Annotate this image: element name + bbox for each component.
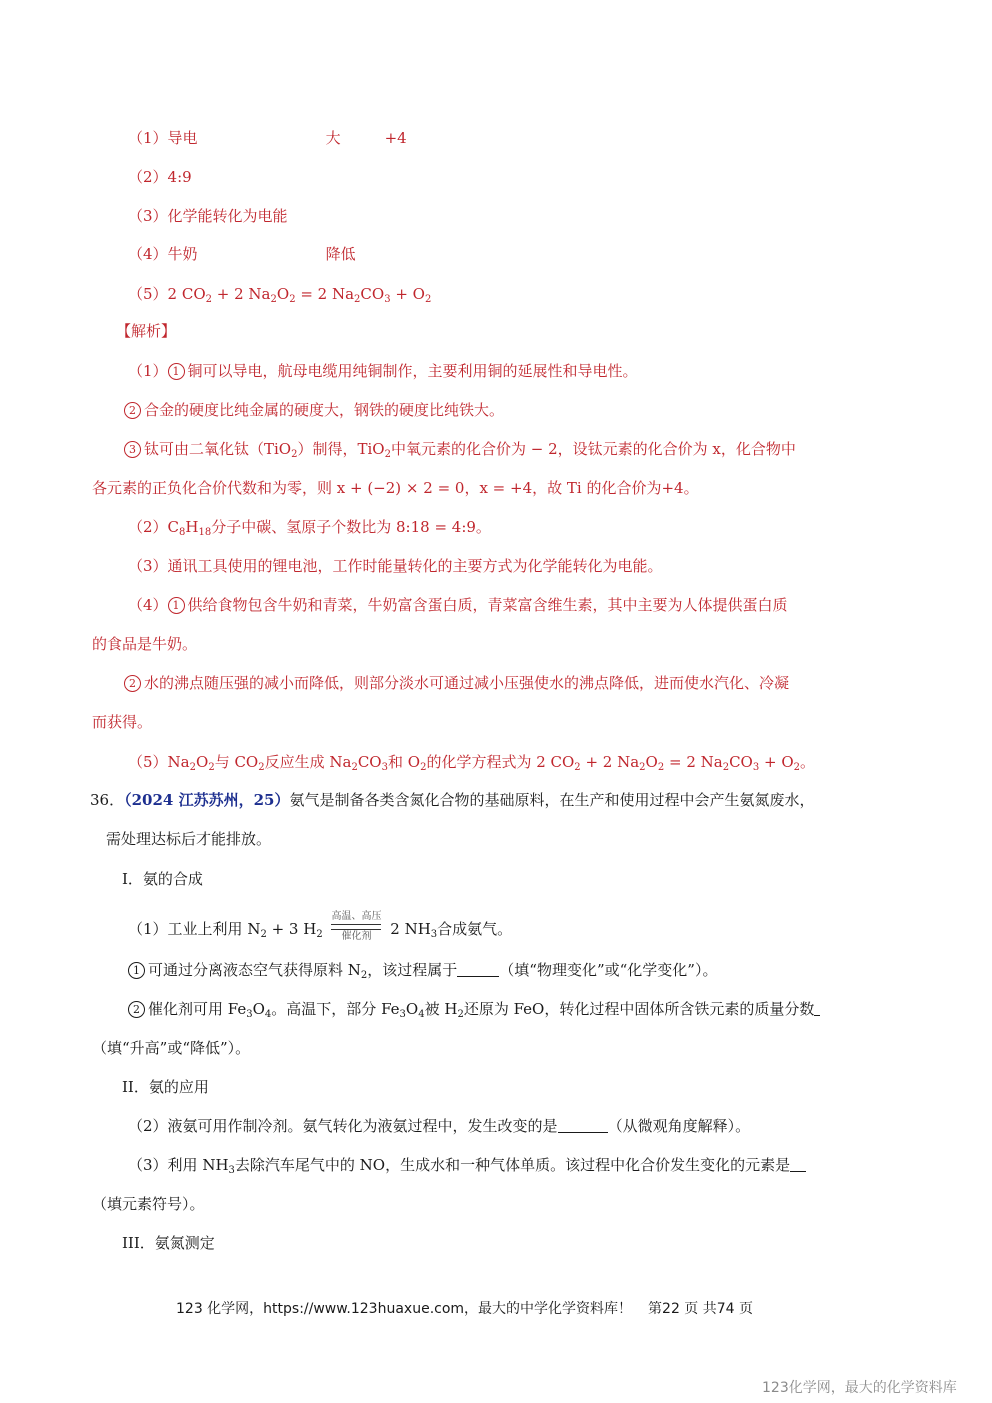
question-text: 液氨可用作制冷剂。氨气转化为液氨过程中，发生改变的是: [168, 1117, 558, 1135]
item-number: （2）: [128, 168, 168, 186]
circled-number: 1: [128, 962, 145, 979]
analysis-3: （3）通讯工具使用的锂电池，工作时能量转化的主要方式为化学能转化为电能。: [128, 556, 663, 576]
answer-3: （3）化学能转化为电能: [128, 206, 288, 226]
analysis-text: H: [185, 518, 198, 536]
equals-sign: [331, 924, 381, 930]
analysis-text: 与 CO: [215, 753, 259, 771]
question-3: （3）利用 NH3去除汽车尾气中的 NO，生成水和一种气体单质。该过程中化合价发…: [128, 1155, 806, 1175]
item-number: （3）: [128, 207, 168, 225]
question-text: 氨气是制备各类含氮化合物的基础原料，在生产和使用过程中会产生氨氮废水，: [289, 791, 814, 809]
circled-number: 1: [168, 597, 185, 614]
analysis-text: CO: [358, 753, 382, 771]
circled-number: 2: [124, 675, 141, 692]
equation-part: 2 CO: [168, 285, 206, 303]
equation-part: O: [277, 285, 289, 303]
question-text: 2 NH: [390, 920, 431, 938]
section-heading-1: I．氨的合成: [122, 869, 203, 889]
item-number: （4）: [128, 245, 168, 263]
analysis-text: Na: [168, 753, 190, 771]
analysis-1-2: 2合金的硬度比纯金属的硬度大，钢铁的硬度比纯铁大。: [124, 400, 504, 420]
answer-2: （2）4:9: [128, 167, 192, 187]
equation-part: + 2 Na: [212, 285, 270, 303]
answer-blank[interactable]: [457, 962, 499, 977]
analysis-text: 中氧元素的化合价为 − 2，设钛元素的化合价为 x，化合物中: [391, 440, 796, 458]
circled-number: 2: [128, 1001, 145, 1018]
footer-site-text: 123 化学网，https://www.123huaxue.com，最大的中学化…: [176, 1301, 632, 1317]
circled-number: 1: [168, 363, 185, 380]
analysis-text: O: [196, 753, 208, 771]
equation-part: + O: [391, 285, 425, 303]
answer-1: （1）导电大+4: [128, 128, 407, 148]
equation-part: CO: [360, 285, 384, 303]
answer-value: 4:9: [168, 168, 192, 186]
question-source: （2024 江苏苏州，25）: [124, 791, 289, 809]
analysis-text: 和 O: [388, 753, 420, 771]
answer-4: （4）牛奶降低: [128, 244, 356, 264]
analysis-text: 水的沸点随压强的减小而降低，则部分淡水可通过减小压强使水的沸点降低，进而使水汽化…: [144, 674, 789, 692]
analysis-text: 通讯工具使用的锂电池，工作时能量转化的主要方式为化学能转化为电能。: [168, 557, 663, 575]
section-heading-2: II．氨的应用: [122, 1077, 209, 1097]
analysis-1-1: （1）1铜可以导电，航母电缆用纯铜制作，主要利用铜的延展性和导电性。: [128, 361, 638, 381]
question-text: 合成氨气。: [437, 920, 512, 938]
reaction-arrow: 高温、高压 催化剂: [331, 911, 381, 943]
item-number: （1）: [128, 129, 168, 147]
analysis-1-3-cont: 各元素的正负化合价代数和为零，则 x + (−2) × 2 = 0，x = +4…: [92, 478, 699, 498]
answer-value: 导电: [168, 129, 198, 147]
analysis-5: （5）Na2O2与 CO2反应生成 Na2CO3和 O2的化学方程式为 2 CO…: [128, 752, 815, 772]
question-text: （从微观角度解释）。: [608, 1117, 751, 1135]
analysis-text: 钛可由二氧化钛（TiO: [144, 440, 291, 458]
page-number: 第22 页 共74 页: [648, 1301, 753, 1317]
subscript: 18: [199, 527, 212, 538]
question-text: 还原为 FeO，转化过程中固体所含铁元素的质量分数: [464, 1000, 815, 1018]
analysis-2: （2）C8H18分子中碳、氢原子个数比为 8:18 = 4:9。: [128, 517, 491, 537]
circled-number: 2: [124, 402, 141, 419]
answer-5: （5）2 CO2 + 2 Na2O2 = 2 Na2CO3 + O2: [128, 284, 431, 304]
question-36-stem-cont: 需处理达标后才能排放。: [106, 829, 271, 849]
answer-blank[interactable]: [790, 1157, 806, 1172]
analysis-1-3: 3钛可由二氧化钛（TiO2）制得，TiO2中氧元素的化合价为 − 2，设钛元素的…: [124, 439, 796, 459]
item-number: （3）: [128, 1156, 168, 1174]
subscript: 2: [425, 294, 431, 305]
answer-value: 降低: [326, 245, 356, 263]
analysis-text: = 2 Na: [664, 753, 722, 771]
question-text: 工业上利用 N: [168, 920, 261, 938]
question-text: 。高温下，部分 Fe: [271, 1000, 399, 1018]
answer-value: +4: [385, 129, 407, 147]
question-text: 去除汽车尾气中的 NO，生成水和一种气体单质。该过程中化合价发生变化的元素是: [235, 1156, 790, 1174]
question-36-stem: 36．（2024 江苏苏州，25）氨气是制备各类含氮化合物的基础原料，在生产和使…: [90, 790, 814, 810]
question-1-2: 2催化剂可用 Fe3O4。高温下，部分 Fe3O4被 H2还原为 FeO，转化过…: [128, 999, 820, 1019]
item-number: （3）: [128, 557, 168, 575]
answer-value: 大: [326, 129, 341, 147]
analysis-4-2: 2水的沸点随压强的减小而降低，则部分淡水可通过减小压强使水的沸点降低，进而使水汽…: [124, 673, 789, 693]
analysis-text: 铜可以导电，航母电缆用纯铜制作，主要利用铜的延展性和导电性。: [188, 362, 638, 380]
question-1-1: 1可通过分离液态空气获得原料 N2，该过程属于（填“物理变化”或“化学变化”）。: [128, 960, 717, 980]
question-number: 36．: [90, 791, 124, 809]
analysis-text: 供给食物包含牛奶和青菜，牛奶富含蛋白质，青菜富含维生素，其中主要为人体提供蛋白质: [188, 596, 788, 614]
question-text: O: [406, 1000, 418, 1018]
answer-blank[interactable]: [558, 1118, 608, 1133]
analysis-text: CO: [729, 753, 753, 771]
question-2: （2）液氨可用作制冷剂。氨气转化为液氨过程中，发生改变的是（从微观角度解释）。: [128, 1116, 750, 1136]
analysis-text: ）制得，TiO: [297, 440, 384, 458]
analysis-4-1-cont: 的食品是牛奶。: [92, 634, 197, 654]
item-number: （2）: [128, 518, 168, 536]
analysis-4-2-cont: 而获得。: [92, 712, 152, 732]
section-heading-3: III．氨氮测定: [122, 1233, 215, 1253]
question-text: + 3 H: [267, 920, 317, 938]
reaction-condition: 催化剂: [331, 931, 381, 943]
answer-value: 化学能转化为电能: [168, 207, 288, 225]
analysis-text: O: [646, 753, 658, 771]
item-number: （1）: [128, 362, 168, 380]
item-number: （1）: [128, 920, 168, 938]
analysis-heading: 【解析】: [116, 321, 176, 341]
question-text: ，该过程属于: [367, 961, 457, 979]
analysis-4-1: （4）1供给食物包含牛奶和青菜，牛奶富含蛋白质，青菜富含维生素，其中主要为人体提…: [128, 595, 788, 615]
item-number: （4）: [128, 596, 168, 614]
question-text: 催化剂可用 Fe: [148, 1000, 246, 1018]
item-number: （5）: [128, 285, 168, 303]
question-3-cont: （填元素符号）。: [92, 1194, 205, 1214]
question-1: （1）工业上利用 N2 + 3 H2 高温、高压 催化剂 2 NH3合成氨气。: [128, 914, 512, 946]
equation-part: = 2 Na: [296, 285, 354, 303]
circled-number: 3: [124, 441, 141, 458]
answer-blank[interactable]: [814, 1001, 820, 1016]
question-1-2-cont: （填“升高”或“降低”）。: [92, 1038, 250, 1058]
question-text: （填“物理变化”或“化学变化”）。: [499, 961, 717, 979]
analysis-text: + 2 Na: [581, 753, 639, 771]
analysis-text: 。: [800, 753, 815, 771]
question-text: 利用 NH: [168, 1156, 229, 1174]
page-footer: 123 化学网，https://www.123huaxue.com，最大的中学化…: [176, 1299, 753, 1319]
question-text: O: [253, 1000, 265, 1018]
answer-value: 牛奶: [168, 245, 198, 263]
subscript: 2: [316, 929, 322, 940]
analysis-text: + O: [759, 753, 793, 771]
analysis-text: C: [168, 518, 179, 536]
question-text: 被 H: [425, 1000, 458, 1018]
question-text: 可通过分离液态空气获得原料 N: [148, 961, 361, 979]
analysis-text: 反应生成 Na: [265, 753, 352, 771]
analysis-text: 的化学方程式为 2 CO: [426, 753, 574, 771]
analysis-text: 合金的硬度比纯金属的硬度大，钢铁的硬度比纯铁大。: [144, 401, 504, 419]
analysis-text: 分子中碳、氢原子个数比为 8:18 = 4:9。: [211, 518, 491, 536]
watermark: 123化学网，最大的化学资料库: [762, 1378, 957, 1398]
reaction-condition: 高温、高压: [331, 911, 381, 923]
item-number: （5）: [128, 753, 168, 771]
item-number: （2）: [128, 1117, 168, 1135]
